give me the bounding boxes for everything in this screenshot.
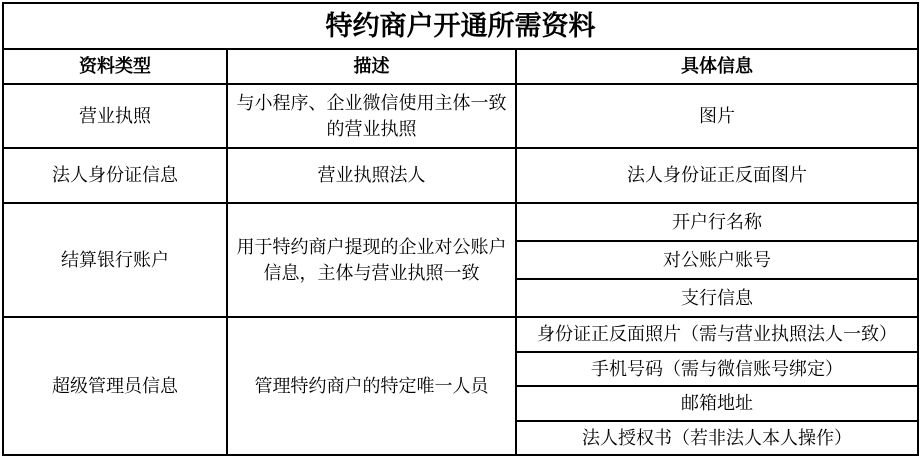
description-cell-settlement-account: 用于特约商户提现的企业对公账户信息，主体与营业执照一致 — [227, 203, 516, 317]
description-cell-super-admin: 管理特约商户的特定唯一人员 — [227, 317, 516, 455]
detail-cell-phone-number: 手机号码（需与微信账号绑定） — [516, 352, 918, 386]
detail-cell-admin-id-photos: 身份证正反面照片（需与营业执照法人一致） — [516, 317, 918, 352]
detail-cell-image: 图片 — [516, 84, 918, 148]
column-header-type: 资料类型 — [3, 49, 227, 84]
type-cell-settlement-account: 结算银行账户 — [3, 203, 227, 317]
detail-cell-branch-info: 支行信息 — [516, 279, 918, 317]
detail-cell-account-number: 对公账户账号 — [516, 241, 918, 279]
column-header-description: 描述 — [227, 49, 516, 84]
table-row: 法人身份证信息 营业执照法人 法人身份证正反面图片 — [3, 148, 918, 203]
type-cell-super-admin: 超级管理员信息 — [3, 317, 227, 455]
detail-cell-bank-name: 开户行名称 — [516, 203, 918, 241]
type-cell-business-license: 营业执照 — [3, 84, 227, 148]
table-row: 结算银行账户 用于特约商户提现的企业对公账户信息，主体与营业执照一致 开户行名称 — [3, 203, 918, 241]
column-header-details: 具体信息 — [516, 49, 918, 84]
description-cell-legal-person-id: 营业执照法人 — [227, 148, 516, 203]
table-title: 特约商户开通所需资料 — [3, 3, 918, 49]
type-cell-legal-person-id: 法人身份证信息 — [3, 148, 227, 203]
detail-cell-email-address: 邮箱地址 — [516, 386, 918, 421]
merchant-requirements-table: 特约商户开通所需资料 资料类型 描述 具体信息 营业执照 与小程序、企业微信使用… — [2, 2, 919, 456]
merchant-requirements-table-container: 特约商户开通所需资料 资料类型 描述 具体信息 营业执照 与小程序、企业微信使用… — [2, 2, 919, 456]
table-row: 营业执照 与小程序、企业微信使用主体一致的营业执照 图片 — [3, 84, 918, 148]
table-row: 超级管理员信息 管理特约商户的特定唯一人员 身份证正反面照片（需与营业执照法人一… — [3, 317, 918, 352]
detail-cell-id-images: 法人身份证正反面图片 — [516, 148, 918, 203]
description-cell-business-license: 与小程序、企业微信使用主体一致的营业执照 — [227, 84, 516, 148]
detail-cell-authorization-letter: 法人授权书（若非法人本人操作） — [516, 421, 918, 455]
